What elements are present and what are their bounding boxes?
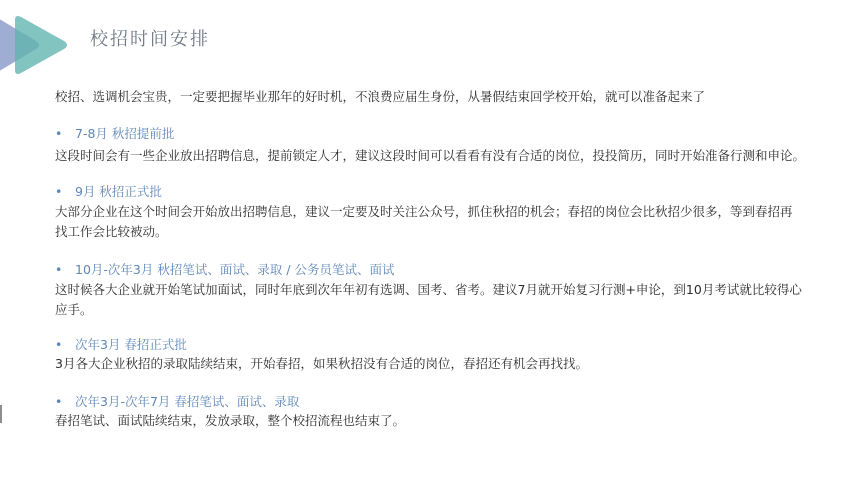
section-body-line: 这时候各大企业就开始笔试加面试，同时年底到次年年初有选调、国考、省考。建议7月就… — [55, 280, 802, 300]
section-body-line: 3月各大企业秋招的录取陆续结束，开始春招，如果秋招没有合适的岗位，春招还有机会再… — [55, 354, 588, 374]
section-heading-autumn-exams: •10月-次年3月 秋招笔试、面试、录取 / 公务员笔试、面试 — [55, 260, 395, 280]
section-body-line: 春招笔试、面试陆续结束，发放录取，整个校招流程也结束了。 — [55, 411, 405, 431]
section-body-line: 应手。 — [55, 300, 93, 320]
section-heading-spring-formal: •次年3月 春招正式批 — [55, 335, 187, 355]
bullet-icon: • — [55, 260, 75, 280]
section-heading-text: 7-8月 秋招提前批 — [75, 126, 174, 141]
section-body-line: 这段时间会有一些企业放出招聘信息，提前锁定人才，建议这段时间可以看看有没有合适的… — [55, 146, 805, 166]
section-heading-spring-exams: •次年3月-次年7月 春招笔试、面试、录取 — [55, 392, 299, 412]
section-heading-early-autumn: •7-8月 秋招提前批 — [55, 124, 174, 144]
section-heading-text: 次年3月-次年7月 春招笔试、面试、录取 — [75, 394, 299, 409]
intro-text: 校招、选调机会宝贵，一定要把握毕业那年的好时机，不浪费应届生身份，从暑假结束回学… — [55, 87, 705, 107]
section-heading-text: 次年3月 春招正式批 — [75, 337, 187, 352]
section-body-line: 大部分企业在这个时间会开始放出招聘信息，建议一定要及时关注公众号，抓住秋招的机会… — [55, 202, 793, 222]
section-body-line: 找工作会比较被动。 — [55, 222, 168, 242]
edge-marker — [0, 405, 2, 423]
bullet-icon: • — [55, 392, 75, 412]
section-heading-autumn-formal: •9月 秋招正式批 — [55, 182, 162, 202]
section-heading-text: 10月-次年3月 秋招笔试、面试、录取 / 公务员笔试、面试 — [75, 262, 395, 277]
slide: 校招时间安排 校招、选调机会宝贵，一定要把握毕业那年的好时机，不浪费应届生身份，… — [0, 0, 862, 479]
play-arrows-logo-icon — [0, 14, 72, 76]
bullet-icon: • — [55, 124, 75, 144]
bullet-icon: • — [55, 335, 75, 355]
page-title: 校招时间安排 — [90, 28, 210, 52]
section-heading-text: 9月 秋招正式批 — [75, 184, 162, 199]
bullet-icon: • — [55, 182, 75, 202]
